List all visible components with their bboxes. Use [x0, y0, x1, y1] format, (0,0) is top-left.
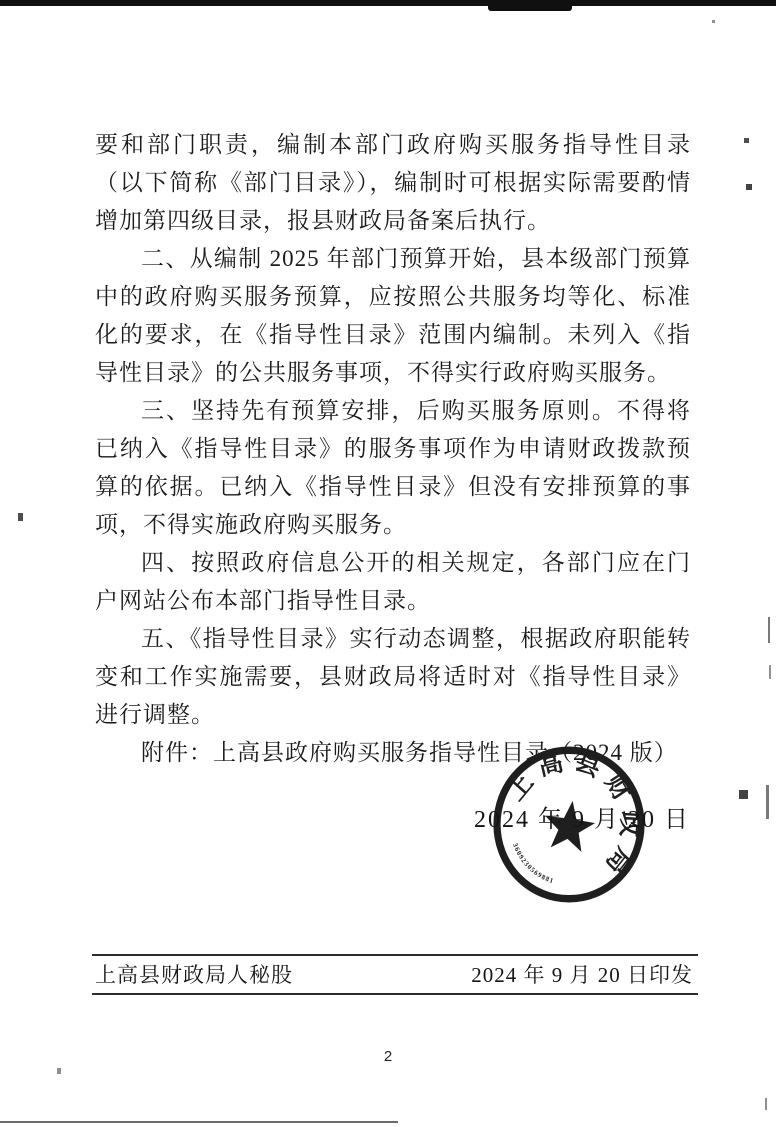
- document-page: 要和部门职责，编制本部门政府购买服务指导性目录（以下简称《部门目录》），编制时可…: [0, 0, 776, 1127]
- scan-artifact: [766, 785, 769, 819]
- scan-artifact: [712, 20, 715, 23]
- scan-artifact: [765, 1098, 767, 1110]
- scan-artifact: [739, 790, 748, 799]
- scan-artifact: [768, 617, 770, 643]
- footer: 上高县财政局人秘股 2024 年 9 月 20 日印发: [95, 959, 693, 989]
- footer-issuer: 上高县财政局人秘股: [95, 959, 293, 989]
- document-body: 要和部门职责，编制本部门政府购买服务指导性目录（以下简称《部门目录》），编制时可…: [95, 126, 691, 772]
- body-paragraph: 三、坚持先有预算安排，后购买服务原则。不得将已纳入《指导性目录》的服务事项作为申…: [95, 392, 691, 544]
- scan-artifact: [488, 0, 572, 11]
- scan-artifact: [18, 513, 23, 521]
- scan-artifact: [0, 0, 776, 6]
- body-paragraph: 要和部门职责，编制本部门政府购买服务指导性目录（以下简称《部门目录》），编制时可…: [95, 126, 691, 240]
- body-paragraph: 五、《指导性目录》实行动态调整，根据政府职能转变和工作实施需要，县财政局将适时对…: [95, 620, 691, 734]
- scan-artifact: [0, 1121, 398, 1123]
- body-paragraph: 二、从编制 2025 年部门预算开始，县本级部门预算中的政府购买服务预算，应按照…: [95, 240, 691, 392]
- scan-artifact: [57, 1068, 61, 1074]
- footer-divider-top: [92, 954, 698, 956]
- scan-artifact: [744, 138, 749, 143]
- issue-date: 2024 年 9 月 20 日: [474, 799, 690, 834]
- footer-divider-bottom: [92, 993, 698, 995]
- page-number: 2: [0, 1048, 776, 1065]
- scan-artifact: [769, 665, 771, 679]
- body-paragraph: 四、按照政府信息公开的相关规定，各部门应在门户网站公布本部门指导性目录。: [95, 544, 691, 620]
- footer-print-date: 2024 年 9 月 20 日印发: [471, 959, 693, 989]
- scan-artifact: [746, 184, 752, 190]
